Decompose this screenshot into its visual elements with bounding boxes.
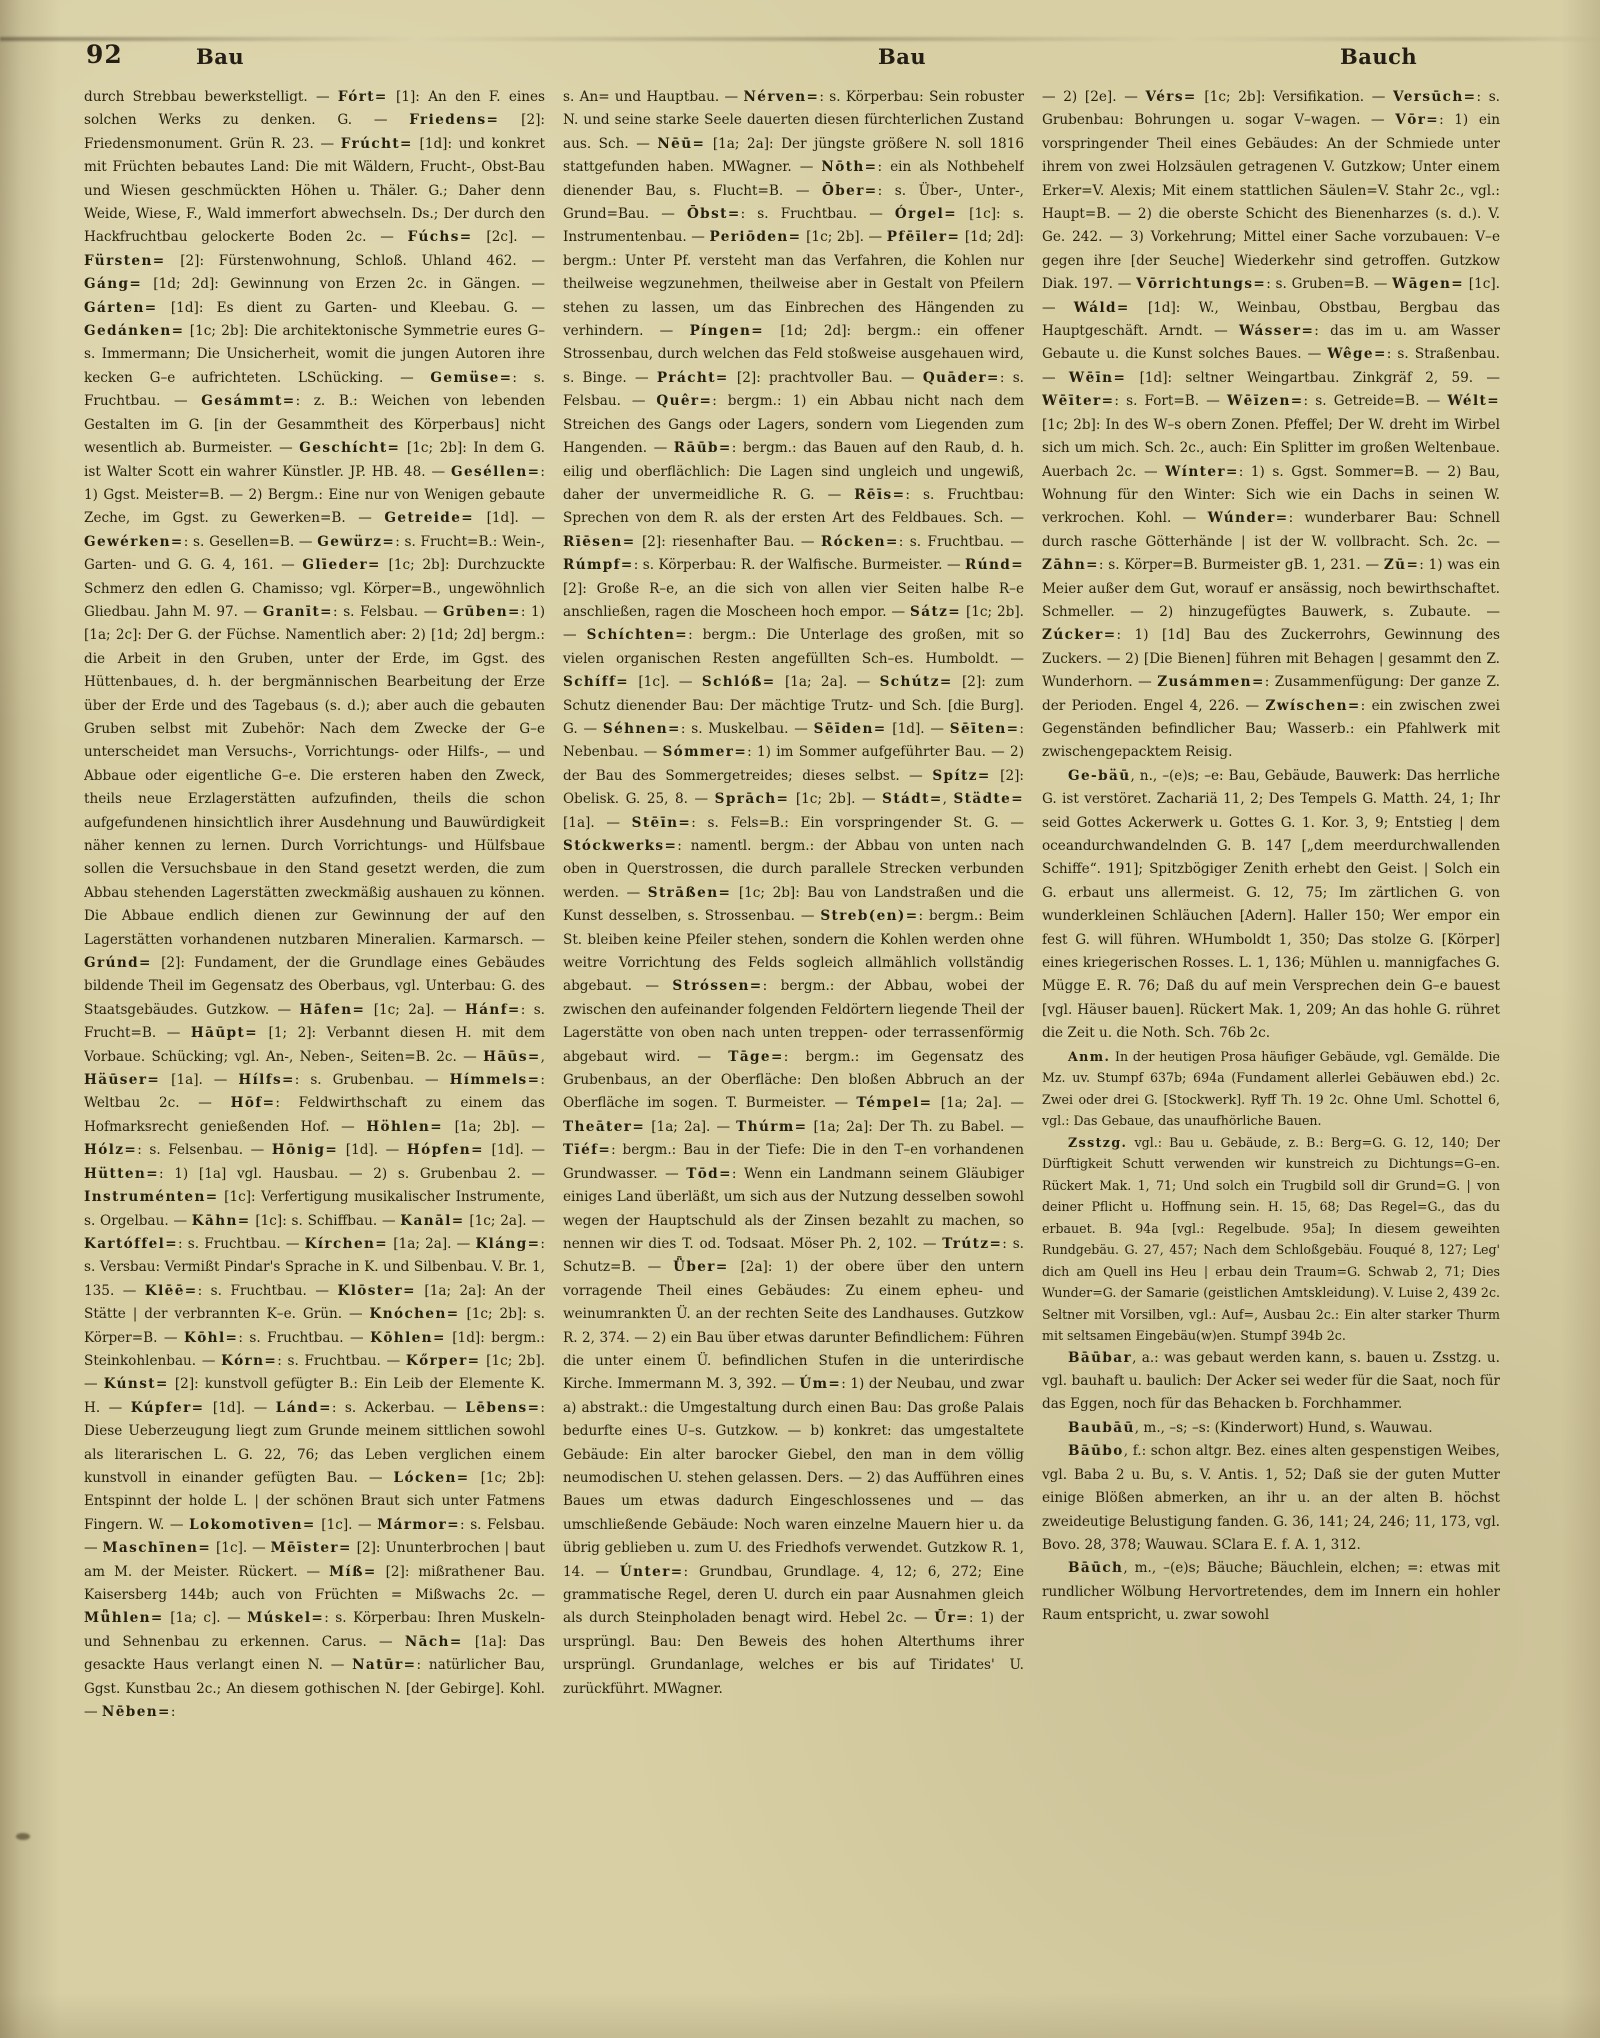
entry-headword: Nōth=: [821, 159, 877, 175]
entry-headword: Gárten=: [84, 300, 158, 316]
entry-headword: Thúrm=: [736, 1119, 807, 1135]
entry-headword: Ōbst=: [687, 206, 741, 222]
entry-text: : s. Fruchtbau. —: [741, 206, 895, 222]
entry-headword: Versūch=: [1393, 89, 1476, 105]
entry-headword: Wásser=: [1239, 323, 1314, 339]
entry-headword: Hāūpt=: [191, 1025, 258, 1041]
entry-headword: Kúnst=: [104, 1376, 169, 1392]
entry-headword: Vōrrichtungs=: [1136, 276, 1266, 292]
entry-text: [2a]: 1) der obere über den untern vorra…: [563, 1259, 1024, 1392]
entry-text: , n., –(e)s; –e: Bau, Gebäude, Bauwerk: …: [1042, 768, 1500, 1041]
entry-text: [2]: prachtvoller Bau. —: [729, 370, 923, 386]
dictionary-paragraph: durch Strebbau bewerkstelligt. — Fórt= […: [84, 86, 545, 1724]
entry-headword: Geschícht=: [299, 440, 400, 456]
entry-headword: Únter=: [620, 1564, 684, 1580]
entry-text: [1a]. —: [563, 815, 632, 831]
entry-headword: Úm=: [799, 1376, 841, 1392]
entry-headword: Stádt=: [882, 791, 942, 807]
dictionary-paragraph: Bāūbar, a.: was gebaut werden kann, s. b…: [1042, 1347, 1500, 1417]
entry-headword: Hāūs=: [483, 1049, 541, 1065]
entry-headword: Strāßen=: [648, 885, 732, 901]
entry-headword: Frúcht=: [341, 136, 413, 152]
dictionary-paragraph: Ge-bäū, n., –(e)s; –e: Bau, Gebäude, Bau…: [1042, 765, 1500, 1046]
entry-headword: Rúmpf=: [563, 557, 634, 573]
entry-headword: Fúchs=: [408, 229, 473, 245]
entry-headword: Fórt=: [338, 89, 388, 105]
entry-headword: Pfēīler=: [887, 229, 960, 245]
entry-headword: Wēīn=: [1069, 370, 1126, 386]
entry-headword: Kórn=: [221, 1353, 277, 1369]
entry-text: [1c]: s. Schiffbau. —: [251, 1213, 401, 1229]
entry-headword: Kanāl=: [400, 1213, 464, 1229]
entry-headword: Wêge=: [1327, 346, 1386, 362]
entry-headword: Vérs=: [1146, 89, 1197, 105]
entry-text: : s. Getreide=B. —: [1304, 393, 1448, 409]
entry-text: In der heutigen Prosa häufiger Gebäude, …: [1042, 1049, 1500, 1129]
entry-headword: Kōhl=: [184, 1330, 238, 1346]
text-column-1: durch Strebbau bewerkstelligt. — Fórt= […: [84, 86, 545, 1896]
entry-headword: Rúnd=: [965, 557, 1024, 573]
entry-text: [1d]. —: [204, 1400, 275, 1416]
entry-headword: Hōnig=: [272, 1142, 338, 1158]
entry-text: [1c]. —: [211, 1540, 270, 1556]
entry-headword: Wāgen=: [1392, 276, 1464, 292]
entry-headword: Sprāch=: [715, 791, 790, 807]
entry-headword: Stēīn=: [632, 815, 692, 831]
entry-headword: Kőrper=: [406, 1353, 481, 1369]
entry-text: :: [171, 1704, 176, 1720]
entry-headword: Bāūch: [1068, 1560, 1123, 1576]
entry-text: : s. Fruchtbau. —: [277, 1353, 406, 1369]
entry-headword: Múskel=: [247, 1610, 324, 1626]
entry-headword: Lēbens=: [465, 1400, 540, 1416]
entry-headword: Zū=: [1384, 557, 1419, 573]
entry-headword: Glīeder=: [302, 557, 381, 573]
entry-text: : s. Ackerbau. —: [332, 1400, 465, 1416]
entry-headword: Hāfen=: [300, 1002, 366, 1018]
entry-text: vgl.: Bau u. Gebäude, z. B.: Berg=G. G. …: [1042, 1135, 1500, 1344]
entry-text: : s. Fruchtbau. —: [238, 1330, 370, 1346]
entry-headword: Vōr=: [1395, 112, 1439, 128]
entry-headword: Kúpfer=: [131, 1400, 205, 1416]
entry-headword: Kírchen=: [305, 1236, 388, 1252]
entry-headword: Sómmer=: [662, 744, 747, 760]
entry-headword: Maschīnen=: [102, 1540, 211, 1556]
entry-headword: Schútz=: [880, 674, 953, 690]
page-number: 92: [86, 40, 123, 69]
entry-headword: Hímmels=: [450, 1072, 541, 1088]
entry-headword: Mēīster=: [271, 1540, 352, 1556]
entry-headword: Häūser=: [84, 1072, 160, 1088]
entry-text: [1a; 2a]: Der Th. zu Babel. —: [807, 1119, 1024, 1135]
entry-headword: Theāter=: [563, 1119, 645, 1135]
entry-text: : s. Felsbau. —: [333, 604, 443, 620]
entry-text: : s. Fels=B.: Ein vorspringender St. G. …: [691, 815, 1024, 831]
entry-text: [1d]: seltner Weingartbau. Zinkgräf 2, 5…: [1126, 370, 1500, 386]
entry-text: [1c; 2b]. —: [801, 229, 886, 245]
entry-text: [2c]. —: [473, 229, 545, 245]
dictionary-paragraph: Baubāū, m., –s; –s: (Kinderwort) Hund, s…: [1042, 1417, 1500, 1440]
entry-text: [2]: Fürstenwohnung, Schloß. Uhland 462.…: [166, 253, 545, 269]
entry-headword: Streb(en)=: [820, 908, 918, 924]
entry-headword: Hōf=: [231, 1095, 276, 1111]
entry-headword: Kōhlen=: [370, 1330, 446, 1346]
entry-text: , m., –s; –s: (Kinderwort) Hund, s. Wauw…: [1135, 1420, 1433, 1436]
entry-text: : s. Körperbau: R. der Walfische. Burmei…: [634, 557, 965, 573]
entry-headword: Zúcker=: [1042, 627, 1117, 643]
entry-headword: Sēīten=: [950, 721, 1020, 737]
entry-text: : s. Fruchtbau. —: [178, 1236, 305, 1252]
dictionary-paragraph: Bāūch, m., –(e)s; Bäuche; Bäuchlein, elc…: [1042, 1557, 1500, 1627]
entry-headword: Hütten=: [84, 1166, 159, 1182]
entry-headword: Kāhn=: [192, 1213, 251, 1229]
entry-text: [1c; 2a]. —: [465, 1213, 545, 1229]
entry-headword: Hánf=: [465, 1002, 521, 1018]
entry-headword: Grúnd=: [84, 955, 152, 971]
entry-headword: Gedánken=: [84, 323, 184, 339]
entry-headword: Rócken=: [821, 534, 899, 550]
entry-text: : 1) der Neubau, und zwar a) abstrakt.: …: [563, 1376, 1024, 1579]
entry-text: [1d]. —: [887, 721, 950, 737]
entry-headword: Nēū=: [657, 136, 705, 152]
text-column-2: s. An= und Hauptbau. — Nérven=: s. Körpe…: [563, 86, 1024, 1896]
entry-headword: Tōd=: [686, 1166, 732, 1182]
entry-headword: Grūben=: [443, 604, 521, 620]
entry-headword: Séhnen=: [603, 721, 681, 737]
entry-headword: Kartóffel=: [84, 1236, 178, 1252]
entry-text: : s. Muskelbau. —: [681, 721, 814, 737]
running-header-left: Bau: [196, 44, 244, 69]
entry-text: [1c; 2b]: Versifikation. —: [1197, 89, 1393, 105]
entry-headword: Rīēsen=: [563, 534, 636, 550]
entry-headword: Gemüse=: [430, 370, 512, 386]
entry-headword: Kláng=: [475, 1236, 540, 1252]
entry-headword: Lócken=: [394, 1470, 470, 1486]
entry-headword: Trútz=: [942, 1236, 1002, 1252]
entry-text: s. An= und Hauptbau. —: [563, 89, 743, 105]
running-head: 92 Bau Bau Bauch: [0, 0, 1600, 80]
entry-text: [1c]. —: [629, 674, 702, 690]
entry-headword: Tāge=: [728, 1049, 783, 1065]
entry-headword: Zsstzg.: [1068, 1135, 1127, 1150]
entry-headword: Fürsten=: [84, 253, 166, 269]
entry-headword: Bāūbar: [1068, 1350, 1132, 1366]
entry-text: : s. Gesellen=B. —: [184, 534, 318, 550]
entry-headword: Klōster=: [337, 1283, 415, 1299]
entry-headword: Rēīs=: [854, 487, 905, 503]
entry-text: [1a; 2a]. —: [388, 1236, 475, 1252]
entry-headword: Städte=: [953, 791, 1024, 807]
entry-headword: Zusámmen=: [1157, 674, 1265, 690]
entry-headword: Schíff=: [563, 674, 629, 690]
entry-text: : 1) [1a] vgl. Hausbau. — 2) s. Grubenba…: [159, 1166, 545, 1182]
entry-headword: Zāhn=: [1042, 557, 1099, 573]
entry-text: — 2) [2e]. —: [1042, 89, 1146, 105]
entry-headword: Zwíschen=: [1266, 698, 1361, 714]
entry-headword: Míß=: [329, 1564, 377, 1580]
dictionary-paragraph: Anm. In der heutigen Prosa häufiger Gebä…: [1042, 1046, 1500, 1132]
entry-headword: Lokomotīven=: [189, 1517, 316, 1533]
entry-text: [1d]. —: [474, 510, 545, 526]
entry-headword: Knóchen=: [370, 1306, 460, 1322]
entry-text: [1d]. —: [484, 1142, 545, 1158]
entry-headword: Wélt=: [1447, 393, 1500, 409]
dictionary-paragraph: s. An= und Hauptbau. — Nérven=: s. Körpe…: [563, 86, 1024, 1701]
dictionary-page: 92 Bau Bau Bauch durch Strebbau bewerkst…: [0, 0, 1600, 2038]
entry-text: [1c; 2a]. —: [365, 1002, 465, 1018]
entry-headword: Wínter=: [1165, 464, 1239, 480]
entry-text: [1a; 2b]. —: [443, 1119, 545, 1135]
entry-headword: Natūr=: [352, 1657, 416, 1673]
entry-text: [1c]. —: [316, 1517, 378, 1533]
entry-headword: Sēīden=: [814, 721, 887, 737]
entry-text: durch Strebbau bewerkstelligt. —: [84, 89, 338, 105]
entry-headword: Friedens=: [409, 112, 499, 128]
entry-headword: Ge-bäū: [1068, 768, 1131, 784]
entry-text: [1a; 2a]. —: [645, 1119, 736, 1135]
entry-headword: Granīt=: [263, 604, 333, 620]
dictionary-paragraph: — 2) [2e]. — Vérs= [1c; 2b]: Versifikati…: [1042, 86, 1500, 765]
entry-headword: Lánd=: [276, 1400, 332, 1416]
running-header-center: Bau: [878, 44, 926, 69]
entry-headword: Höhlen=: [366, 1119, 443, 1135]
entry-headword: Instruménten=: [84, 1189, 219, 1205]
entry-headword: Stróssen=: [672, 978, 762, 994]
entry-headword: Schíchten=: [587, 627, 689, 643]
entry-headword: Mármor=: [377, 1517, 460, 1533]
entry-headword: Wúnder=: [1208, 510, 1289, 526]
entry-headword: Anm.: [1068, 1049, 1110, 1064]
running-header-right: Bauch: [1340, 44, 1417, 69]
entry-headword: Ōber=: [822, 183, 878, 199]
entry-text: : s. Fort=B. —: [1114, 393, 1227, 409]
entry-headword: Mǖhlen=: [84, 1610, 164, 1626]
entry-headword: Wēīzen=: [1227, 393, 1304, 409]
entry-text: [1a; c]. —: [164, 1610, 247, 1626]
entry-headword: Órgel=: [895, 206, 957, 222]
entry-text: [1d]. —: [338, 1142, 407, 1158]
entry-headword: Gewérken=: [84, 534, 184, 550]
entry-text: : s. Felsenbau. —: [137, 1142, 272, 1158]
entry-headword: Baubāū: [1068, 1420, 1135, 1436]
text-column-3: — 2) [2e]. — Vérs= [1c; 2b]: Versifikati…: [1042, 86, 1500, 1896]
entry-text: : s. Körper=B. Burmeister gB. 1, 231. —: [1099, 557, 1384, 573]
entry-headword: Ūr=: [934, 1610, 969, 1626]
entry-text: : s. Grubenbau. —: [295, 1072, 450, 1088]
entry-text: [1d; 2d]: Gewinnung von Erzen 2c. in Gän…: [142, 276, 545, 292]
entry-headword: Ǖber=: [673, 1259, 729, 1275]
entry-headword: Wēīter=: [1042, 393, 1114, 409]
entry-text: [2]: riesenhafter Bau. —: [636, 534, 821, 550]
dictionary-paragraph: Zsstzg. vgl.: Bau u. Gebäude, z. B.: Ber…: [1042, 1132, 1500, 1347]
entry-headword: Gesámmt=: [201, 393, 295, 409]
entry-text: [1a; 2a]. —: [776, 674, 880, 690]
entry-text: : 1) [1a; 2c]: Der G. der Füchse. Nament…: [84, 604, 545, 948]
dictionary-paragraph: Bāūbo, f.: schon altgr. Bez. eines alten…: [1042, 1440, 1500, 1557]
entry-headword: Spítz=: [932, 768, 990, 784]
entry-text: : s. Gruben=B. —: [1266, 276, 1392, 292]
entry-text: [1a; 2a]. —: [932, 1095, 1024, 1111]
entry-headword: Rāūb=: [674, 440, 732, 456]
ink-speck: [16, 1833, 30, 1840]
entry-headword: Quêr=: [656, 393, 712, 409]
entry-text: , f.: schon altgr. Bez. eines alten gesp…: [1042, 1443, 1500, 1553]
entry-headword: Getreide=: [384, 510, 474, 526]
entry-text: ,: [541, 1049, 545, 1065]
entry-text: [1c; 2b]. —: [789, 791, 882, 807]
entry-headword: Nérven=: [743, 89, 819, 105]
entry-headword: Hópfen=: [407, 1142, 484, 1158]
entry-headword: Periōden=: [710, 229, 802, 245]
entry-headword: Gewürz=: [317, 534, 395, 550]
entry-headword: Gáng=: [84, 276, 142, 292]
entry-text: : s. Fruchtbau. —: [198, 1283, 338, 1299]
entry-headword: Sátz=: [910, 604, 961, 620]
entry-headword: Nēben=: [102, 1704, 171, 1720]
entry-text: [1a]. —: [160, 1072, 238, 1088]
entry-headword: Píngen=: [690, 323, 765, 339]
entry-text: [1d]: Es dient zu Garten- und Kleebau. G…: [158, 300, 545, 316]
entry-headword: Stóckwerks=: [563, 838, 677, 854]
entry-headword: Nāch=: [405, 1634, 463, 1650]
entry-text: ,: [943, 791, 954, 807]
entry-text: : s. Fruchtbau. —: [899, 534, 1024, 550]
entry-headword: Prácht=: [657, 370, 729, 386]
entry-headword: Quāder=: [923, 370, 1000, 386]
entry-headword: Hílfs=: [238, 1072, 294, 1088]
entry-headword: Hólz=: [84, 1142, 137, 1158]
entry-headword: Wáld=: [1074, 300, 1130, 316]
entry-headword: Geséllen=: [451, 464, 540, 480]
entry-text: : 1) ein vorspringender Theil eines Gebä…: [1042, 112, 1500, 292]
entry-headword: Bāūbo: [1068, 1443, 1124, 1459]
entry-headword: Klēē=: [145, 1283, 198, 1299]
entry-headword: Témpel=: [856, 1095, 932, 1111]
entry-headword: Tīéf=: [563, 1142, 611, 1158]
entry-headword: Schlóß=: [702, 674, 776, 690]
